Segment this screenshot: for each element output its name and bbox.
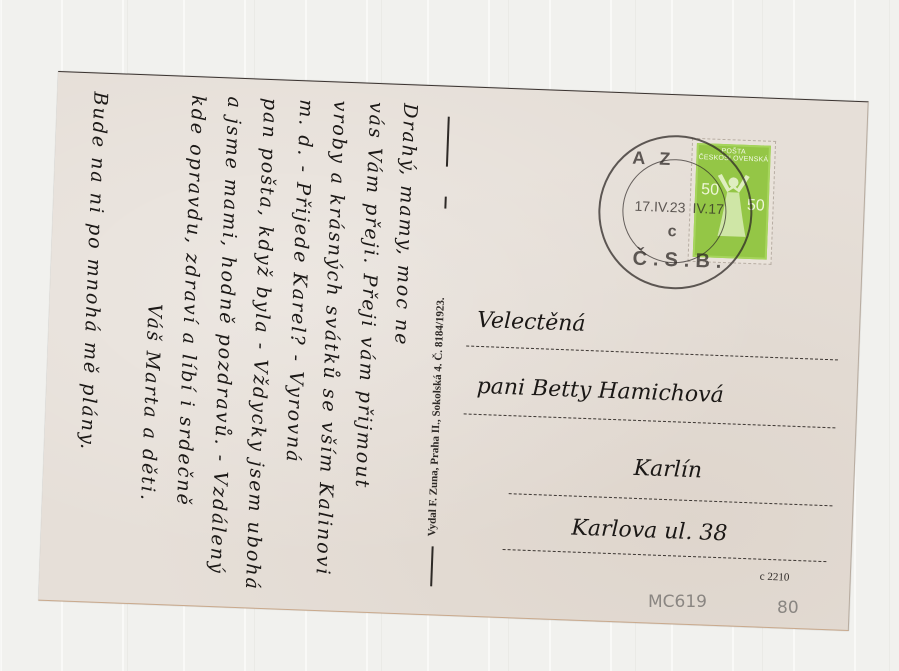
address-city: Karlín <box>633 456 702 484</box>
pencil-inventory-code: MC619 <box>648 592 707 612</box>
address-line-4 <box>503 549 827 562</box>
message-line: pan pošta, když byla - Vždycky jsem uboh… <box>241 98 281 592</box>
publisher-text: Vydal F. Zuna, Praha II., Sokolská 4. Č.… <box>426 297 447 536</box>
postmark-letter: c <box>667 223 677 241</box>
address-line-3 <box>509 493 833 506</box>
postmark-town: AZ <box>632 148 685 171</box>
divider <box>430 546 433 586</box>
message-signature: Váš Marta a děti. <box>136 303 165 502</box>
address-recipient: pani Betty Hamichová <box>476 374 724 408</box>
address-line-2 <box>464 413 836 428</box>
address-street: Karlova ul. 38 <box>571 516 728 547</box>
message-line: m. d. - Přijede Karel? - Vyrovná <box>282 99 318 464</box>
stamp-value-left: 50 <box>701 181 719 200</box>
message-line: Drahý, mamy, moc ne <box>390 103 421 347</box>
message-line: a jsme mami, hodně pozdravů. - Vzdálený <box>205 96 245 575</box>
address-salutation: Velectěná <box>477 308 586 337</box>
stamp-country: POŠTA ČESKOSLOVENSKÁ <box>698 147 768 164</box>
message-line: kde opravdu, zdraví a líbí i srdečně <box>172 95 209 507</box>
divider <box>446 117 449 167</box>
postmark-date: 17.IV.23 <box>634 198 685 216</box>
postage-stamp: POŠTA ČESKOSLOVENSKÁ 50 50 <box>688 138 777 265</box>
message-line: vás Vám přeji. Přeji vám přijmout <box>351 102 388 490</box>
pencil-price: 80 <box>777 598 799 618</box>
message-line: vroby a krásných svátků se vším Kalinovi <box>311 100 351 577</box>
divider <box>444 197 446 209</box>
catalog-code: c 2210 <box>760 571 790 584</box>
address-line-1 <box>466 345 838 360</box>
message-line: Bude na ni po mnohá mě plány. <box>76 91 111 451</box>
handwritten-message: Drahý, mamy, moc ne vás Vám přeji. Přeji… <box>51 90 430 603</box>
stamp-value-right: 50 <box>747 197 765 216</box>
publisher-imprint: Vydal F. Zuna, Praha II., Sokolská 4. Č.… <box>424 116 462 586</box>
postcard: Drahý, mamy, moc ne vás Vám přeji. Přeji… <box>38 71 868 631</box>
stamp-image: POŠTA ČESKOSLOVENSKÁ 50 50 <box>693 143 771 260</box>
